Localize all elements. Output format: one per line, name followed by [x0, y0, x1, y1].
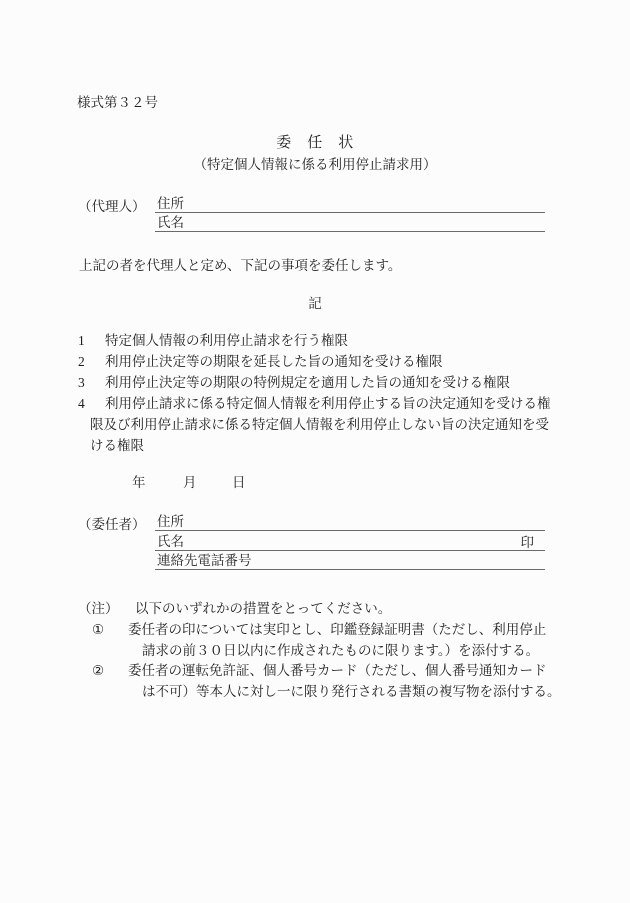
date-month-label: 月: [183, 475, 197, 490]
item-text-continuation: 限及び利用停止請求に係る特定個人情報を利用停止しない旨の決定通知を受: [90, 417, 549, 432]
note-text-continuation: 請求の前３０日以内に作成されたものに限ります。）を添付する。: [142, 643, 539, 658]
delegator-address-label: 住所: [155, 514, 184, 529]
item-text: 利用停止決定等の期限の特例規定を適用した旨の通知を受ける権限: [105, 375, 510, 390]
date-year-label: 年: [132, 475, 146, 490]
item-text-continuation: ける権限: [90, 438, 144, 453]
delegator-phone-field: 連絡先電話番号: [155, 553, 545, 570]
note-text-continuation: は不可）等本人に対し一に限り発行される書類の複写物を添付する。: [142, 684, 561, 699]
agent-name-label: 氏名: [155, 215, 184, 230]
item-number: 3: [78, 375, 85, 390]
declaration-text: 上記の者を代理人と定め、下記の事項を委任します。: [79, 258, 401, 273]
notes-label: （注）: [78, 601, 119, 616]
agent-name-field: 氏名: [155, 215, 545, 232]
agent-role-label: （代理人）: [78, 199, 146, 214]
form-number: 様式第３２号: [77, 95, 158, 110]
note-circled-number: ②: [92, 663, 104, 678]
delegator-name-field: 氏名 印: [155, 534, 545, 551]
item-number: 2: [78, 354, 85, 369]
delegator-address-field: 住所: [155, 514, 545, 531]
delegator-role-label: （委任者）: [78, 517, 146, 532]
note-circled-number: ①: [92, 622, 104, 637]
record-heading: 記: [0, 296, 630, 311]
note-text: 委任者の運転免許証、個人番号カード（ただし、個人番号通知カード: [128, 663, 547, 678]
document-title: 委 任 状: [0, 136, 630, 151]
item-text: 特定個人情報の利用停止請求を行う権限: [105, 333, 348, 348]
notes-intro: 以下のいずれかの措置をとってください。: [135, 601, 391, 616]
agent-address-field: 住所: [155, 196, 545, 213]
seal-mark: 印: [521, 535, 535, 550]
delegator-name-label: 氏名: [155, 534, 184, 549]
document-subtitle: （特定個人情報に係る利用停止請求用）: [0, 157, 630, 172]
item-number: 4: [78, 396, 85, 411]
item-number: 1: [78, 333, 85, 348]
date-day-label: 日: [232, 475, 246, 490]
delegator-phone-label: 連絡先電話番号: [155, 553, 252, 568]
document-page: 様式第３２号 委 任 状 （特定個人情報に係る利用停止請求用） （代理人） 住所…: [0, 0, 630, 903]
agent-address-label: 住所: [155, 196, 184, 211]
item-text: 利用停止決定等の期限を延長した旨の通知を受ける権限: [105, 354, 443, 369]
note-text: 委任者の印については実印とし、印鑑登録証明書（ただし、利用停止: [128, 622, 546, 637]
item-text: 利用停止請求に係る特定個人情報を利用停止する旨の決定通知を受ける権: [105, 396, 551, 411]
